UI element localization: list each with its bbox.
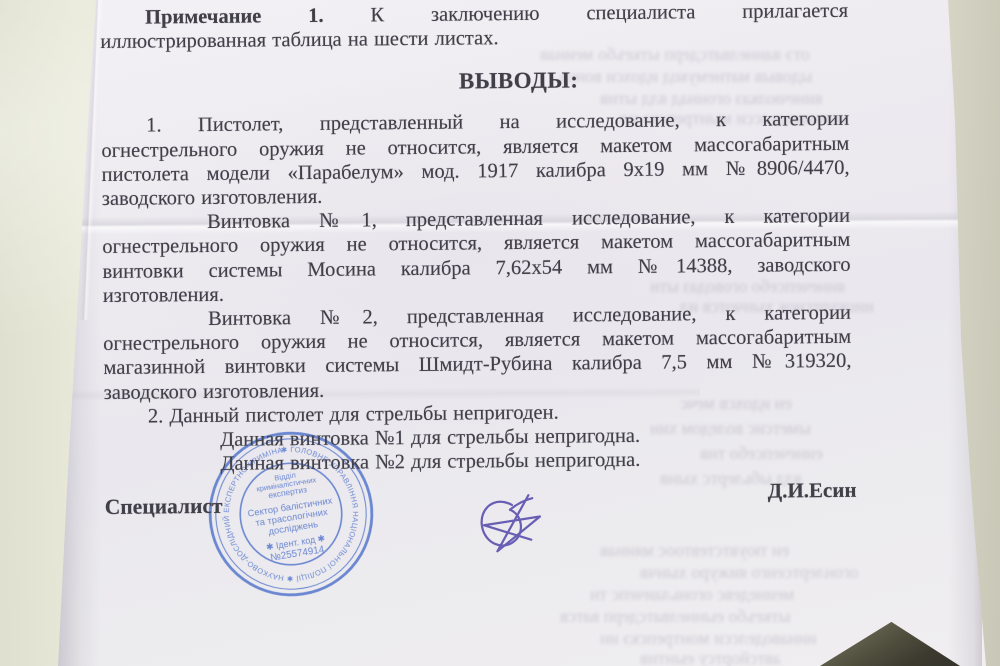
bleedthrough-line: автсйортсу еынтнв [640,648,781,666]
document-sheet: отэ яаннелватсдерп ыткеъбо меинав ыдовыв… [0,0,1000,666]
item-2-line: Данная винтовка №2 для стрельбы непригод… [220,446,852,476]
bleedthrough-line: меинедевс огоньлаичепс тн [590,584,795,605]
bleedthrough-line: иинаводелсси монтрепскэ ин [600,628,817,649]
conclusions-heading: ВЫВОДЫ: [101,63,849,100]
bleedthrough-line: ен тюувтстевтоос мяинав [600,540,789,561]
document-text: Примечание 1. К заключению специалиста п… [100,0,853,529]
item-2-block: 2. Данный пистолет для стрельбы непригод… [104,398,853,477]
handwritten-signature [452,474,568,570]
bleedthrough-line: ыткеъбо еыннелватсдерп ватсв [560,606,790,627]
bleedthrough-line: огонлертсенго яижуро хынчв [640,562,859,583]
note-lead: Примечание 1. [145,5,324,29]
specialist-label: Специалист [105,494,223,520]
note-rest: К заключению специалиста прилагается [370,0,848,26]
signer-name: Д.И.Есин [768,478,857,504]
